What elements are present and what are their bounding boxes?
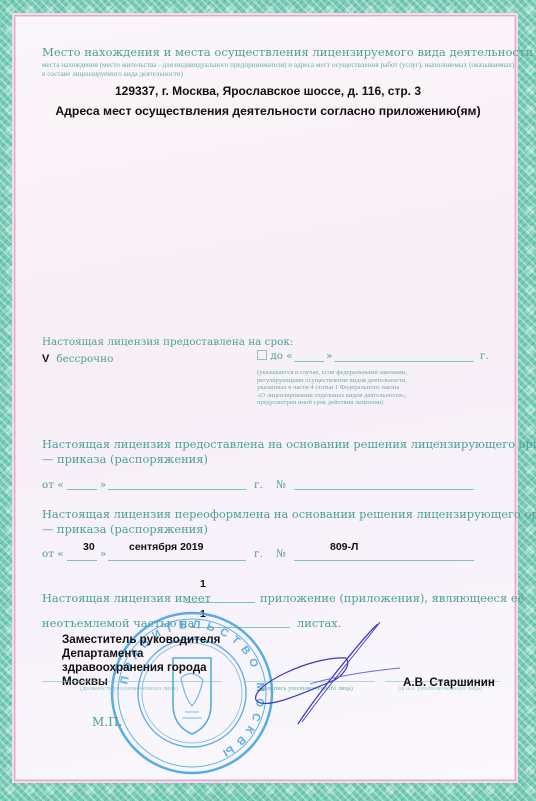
granted-day-field[interactable] [67,489,97,490]
indefinite-label: бессрочно [56,353,113,365]
granted-date-field[interactable] [108,489,246,490]
reissued-year-suffix: г. [254,548,263,560]
reissued-line1: Настоящая лицензия переоформлена на осно… [42,507,536,521]
reissued-from-prefix: от « [42,548,64,560]
license-address: 129337, г. Москва, Ярославское шоссе, д.… [0,84,536,98]
position-caption: (должность уполномоченного лица) [80,684,178,693]
until-quote-close: » [326,350,332,362]
until-checkbox[interactable] [257,350,267,360]
seal-label: М.П. [92,715,122,729]
reissued-line2: — приказа (распоряжения) [42,522,208,536]
reissued-quote-close: » [100,548,106,560]
granted-line1: Настоящая лицензия предоставлена на осно… [42,437,536,451]
until-day-field[interactable] [294,361,324,362]
reissued-number-field[interactable] [294,560,474,561]
license-page: Место нахождения и места осуществления л… [0,0,536,801]
granted-line2: — приказа (распоряжения) [42,452,208,466]
handwritten-signature [250,620,400,730]
places-note: Адреса мест осуществления деятельности с… [0,104,536,118]
granted-from-prefix: от « [42,479,64,491]
reissued-day-field[interactable] [67,560,97,561]
reissued-date-field[interactable] [108,560,246,561]
position-line [42,681,222,682]
reissued-number-sign: № [276,548,286,560]
appendix-count-field[interactable] [185,602,255,603]
term-until-option[interactable]: до « [257,350,293,362]
signatory-name: А.В. Старшинин [403,676,495,689]
until-year-suffix: г. [480,350,489,362]
granted-number-sign: № [276,479,286,491]
until-date-field[interactable] [334,361,474,362]
granted-year-suffix: г. [254,479,263,491]
until-note: (указывается в случае, если федеральными… [257,369,407,407]
indefinite-check-mark: V [42,353,49,365]
reissued-number-value: 809-Л [330,541,358,553]
reissued-day-value: 30 [83,541,95,553]
granted-number-field[interactable] [294,489,474,490]
location-heading: Место нахождения и места осуществления л… [42,45,536,59]
granted-quote-close: » [100,479,106,491]
location-hint-line2: места нахождения (место жительства - для… [42,61,504,70]
appendix-line1-suffix: приложение (приложения), являющееся её [260,591,524,605]
term-indefinite-option[interactable]: V бессрочно [42,349,113,367]
appendix-count-value: 1 [200,578,206,590]
location-hint-line3: в составе лицензируемого вида деятельнос… [42,70,183,79]
until-prefix: до « [270,350,292,362]
reissued-month-year-value: сентября 2019 [129,541,203,553]
term-label: Настоящая лицензия предоставлена на срок… [42,336,293,348]
